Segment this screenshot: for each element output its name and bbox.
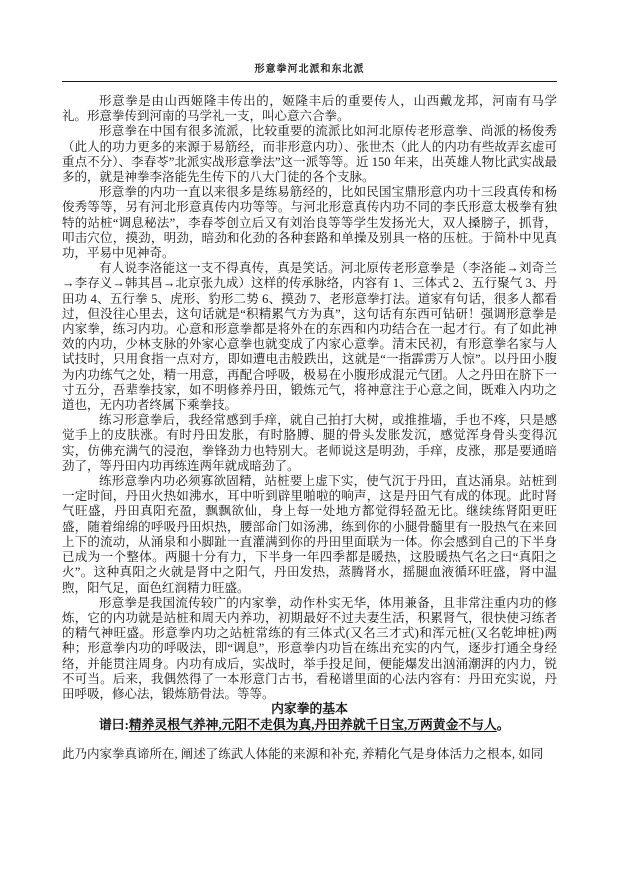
body-paragraph-7: 形意拳是我国流传较广的内家拳，动作朴实无华，体用兼备，且非常注重内功的修炼，它的…: [62, 596, 557, 702]
verse-suffix: 。: [497, 718, 510, 732]
page-header-title: 形意拳河北派和东北派: [62, 64, 557, 76]
body-paragraph-2: 形意拳在中国有很多流派，比较重要的流派比如河北原传老形意拳、尚派的杨俊秀（此人的…: [62, 124, 557, 185]
body-paragraph-5: 练习形意拳后，我经常感到手痒，就自己拍打大树，或推推墙，手也不疼，只是感觉手上的…: [62, 413, 557, 474]
body-paragraph-6: 练形意拳内功必须寡欲固精，站桩要上虚下实，使气沉于丹田，直达涌泉。站桩到一定时间…: [62, 474, 557, 596]
document-body: 形意拳是由山西姬隆丰传出的，姬隆丰后的重要传人，山西戴龙邦，河南有马学礼。形意拳…: [62, 94, 557, 763]
closing-paragraph: 此乃内家拳真谛所在, 阐述了练武人体能的来源和补充, 养精化气是身体活力之根本,…: [62, 747, 557, 762]
body-paragraph-1: 形意拳是由山西姬隆丰传出的，姬隆丰后的重要传人，山西戴龙邦，河南有马学礼。形意拳…: [62, 94, 557, 124]
verse-text: 精养灵根气养神,元阳不走俱为真,丹田养就千日宝,万两黄金不与人: [129, 718, 497, 732]
body-paragraph-3: 形意拳的内功一直以来很多是练易筋经的，比如民国宝鼎形意内功十三段真传和杨俊秀等等…: [62, 185, 557, 261]
header-rule: [62, 81, 557, 82]
body-paragraph-4: 有人说李洛能这一支不得真传，真是笑话。河北原传老形意拳是（李洛能→刘奇兰→李存义…: [62, 261, 557, 413]
verse-prefix: 谱曰:: [99, 718, 129, 732]
document-page: 形意拳河北派和东北派 形意拳是由山西姬隆丰传出的，姬隆丰后的重要传人，山西戴龙邦…: [0, 0, 619, 878]
section-heading: 内家拳的基本: [62, 702, 557, 717]
verse-line: 谱曰:精养灵根气养神,元阳不走俱为真,丹田养就千日宝,万两黄金不与人。: [62, 717, 557, 733]
